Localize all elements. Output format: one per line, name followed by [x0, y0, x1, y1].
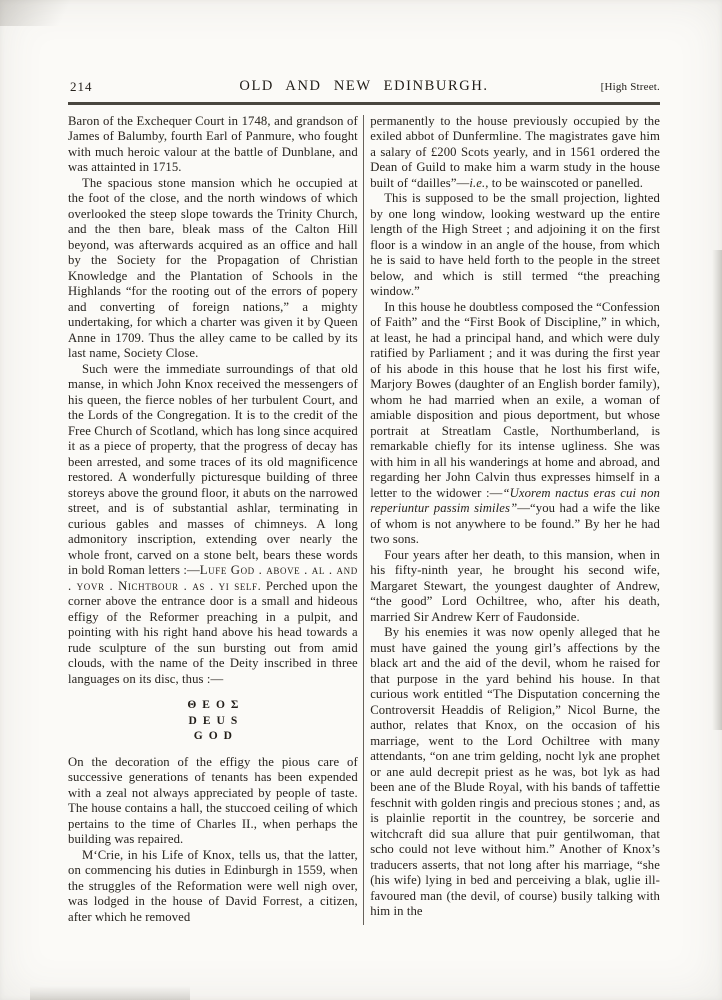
inscription-line-latin: DEUS	[68, 714, 358, 730]
right-column: permanently to the house previously occu…	[370, 114, 660, 926]
left-column: Baron of the Exchequer Court in 1748, an…	[68, 114, 358, 926]
text-columns: Baron of the Exchequer Court in 1748, an…	[68, 114, 660, 926]
column-divider-rule	[363, 115, 364, 926]
running-header-note: [High Street.	[601, 81, 660, 93]
paragraph: M‘Crie, in his Life of Knox, tells us, t…	[68, 848, 358, 926]
paragraph: permanently to the house previously occu…	[370, 114, 660, 192]
page-header: 214 OLD AND NEW EDINBURGH. [High Street.	[68, 78, 660, 95]
deity-inscription: ΘΕΟΣ DEUS GOD	[68, 698, 358, 745]
paragraph: This is supposed to be the small project…	[370, 191, 660, 300]
scan-artifact-top-left	[0, 0, 90, 26]
inscription-line-greek: ΘΕΟΣ	[68, 698, 358, 714]
header-rule	[68, 102, 660, 105]
scan-artifact-right-edge	[712, 250, 722, 730]
paragraph: The spacious stone mansion which he occu…	[68, 176, 358, 362]
page-number: 214	[70, 79, 93, 95]
running-title: OLD AND NEW EDINBURGH.	[239, 78, 488, 95]
paragraph: Such were the immediate surroundings of …	[68, 362, 358, 688]
paragraph: Four years after her death, to this mans…	[370, 548, 660, 626]
paragraph: In this house he doubtless composed the …	[370, 300, 660, 548]
scanned-page: 214 OLD AND NEW EDINBURGH. [High Street.…	[0, 0, 722, 1000]
scan-artifact-bottom-edge	[30, 986, 190, 1000]
inscription-line-english: GOD	[68, 729, 358, 745]
paragraph: On the decoration of the effigy the piou…	[68, 755, 358, 848]
paragraph: Baron of the Exchequer Court in 1748, an…	[68, 114, 358, 176]
paragraph: By his enemies it was now openly alleged…	[370, 625, 660, 920]
